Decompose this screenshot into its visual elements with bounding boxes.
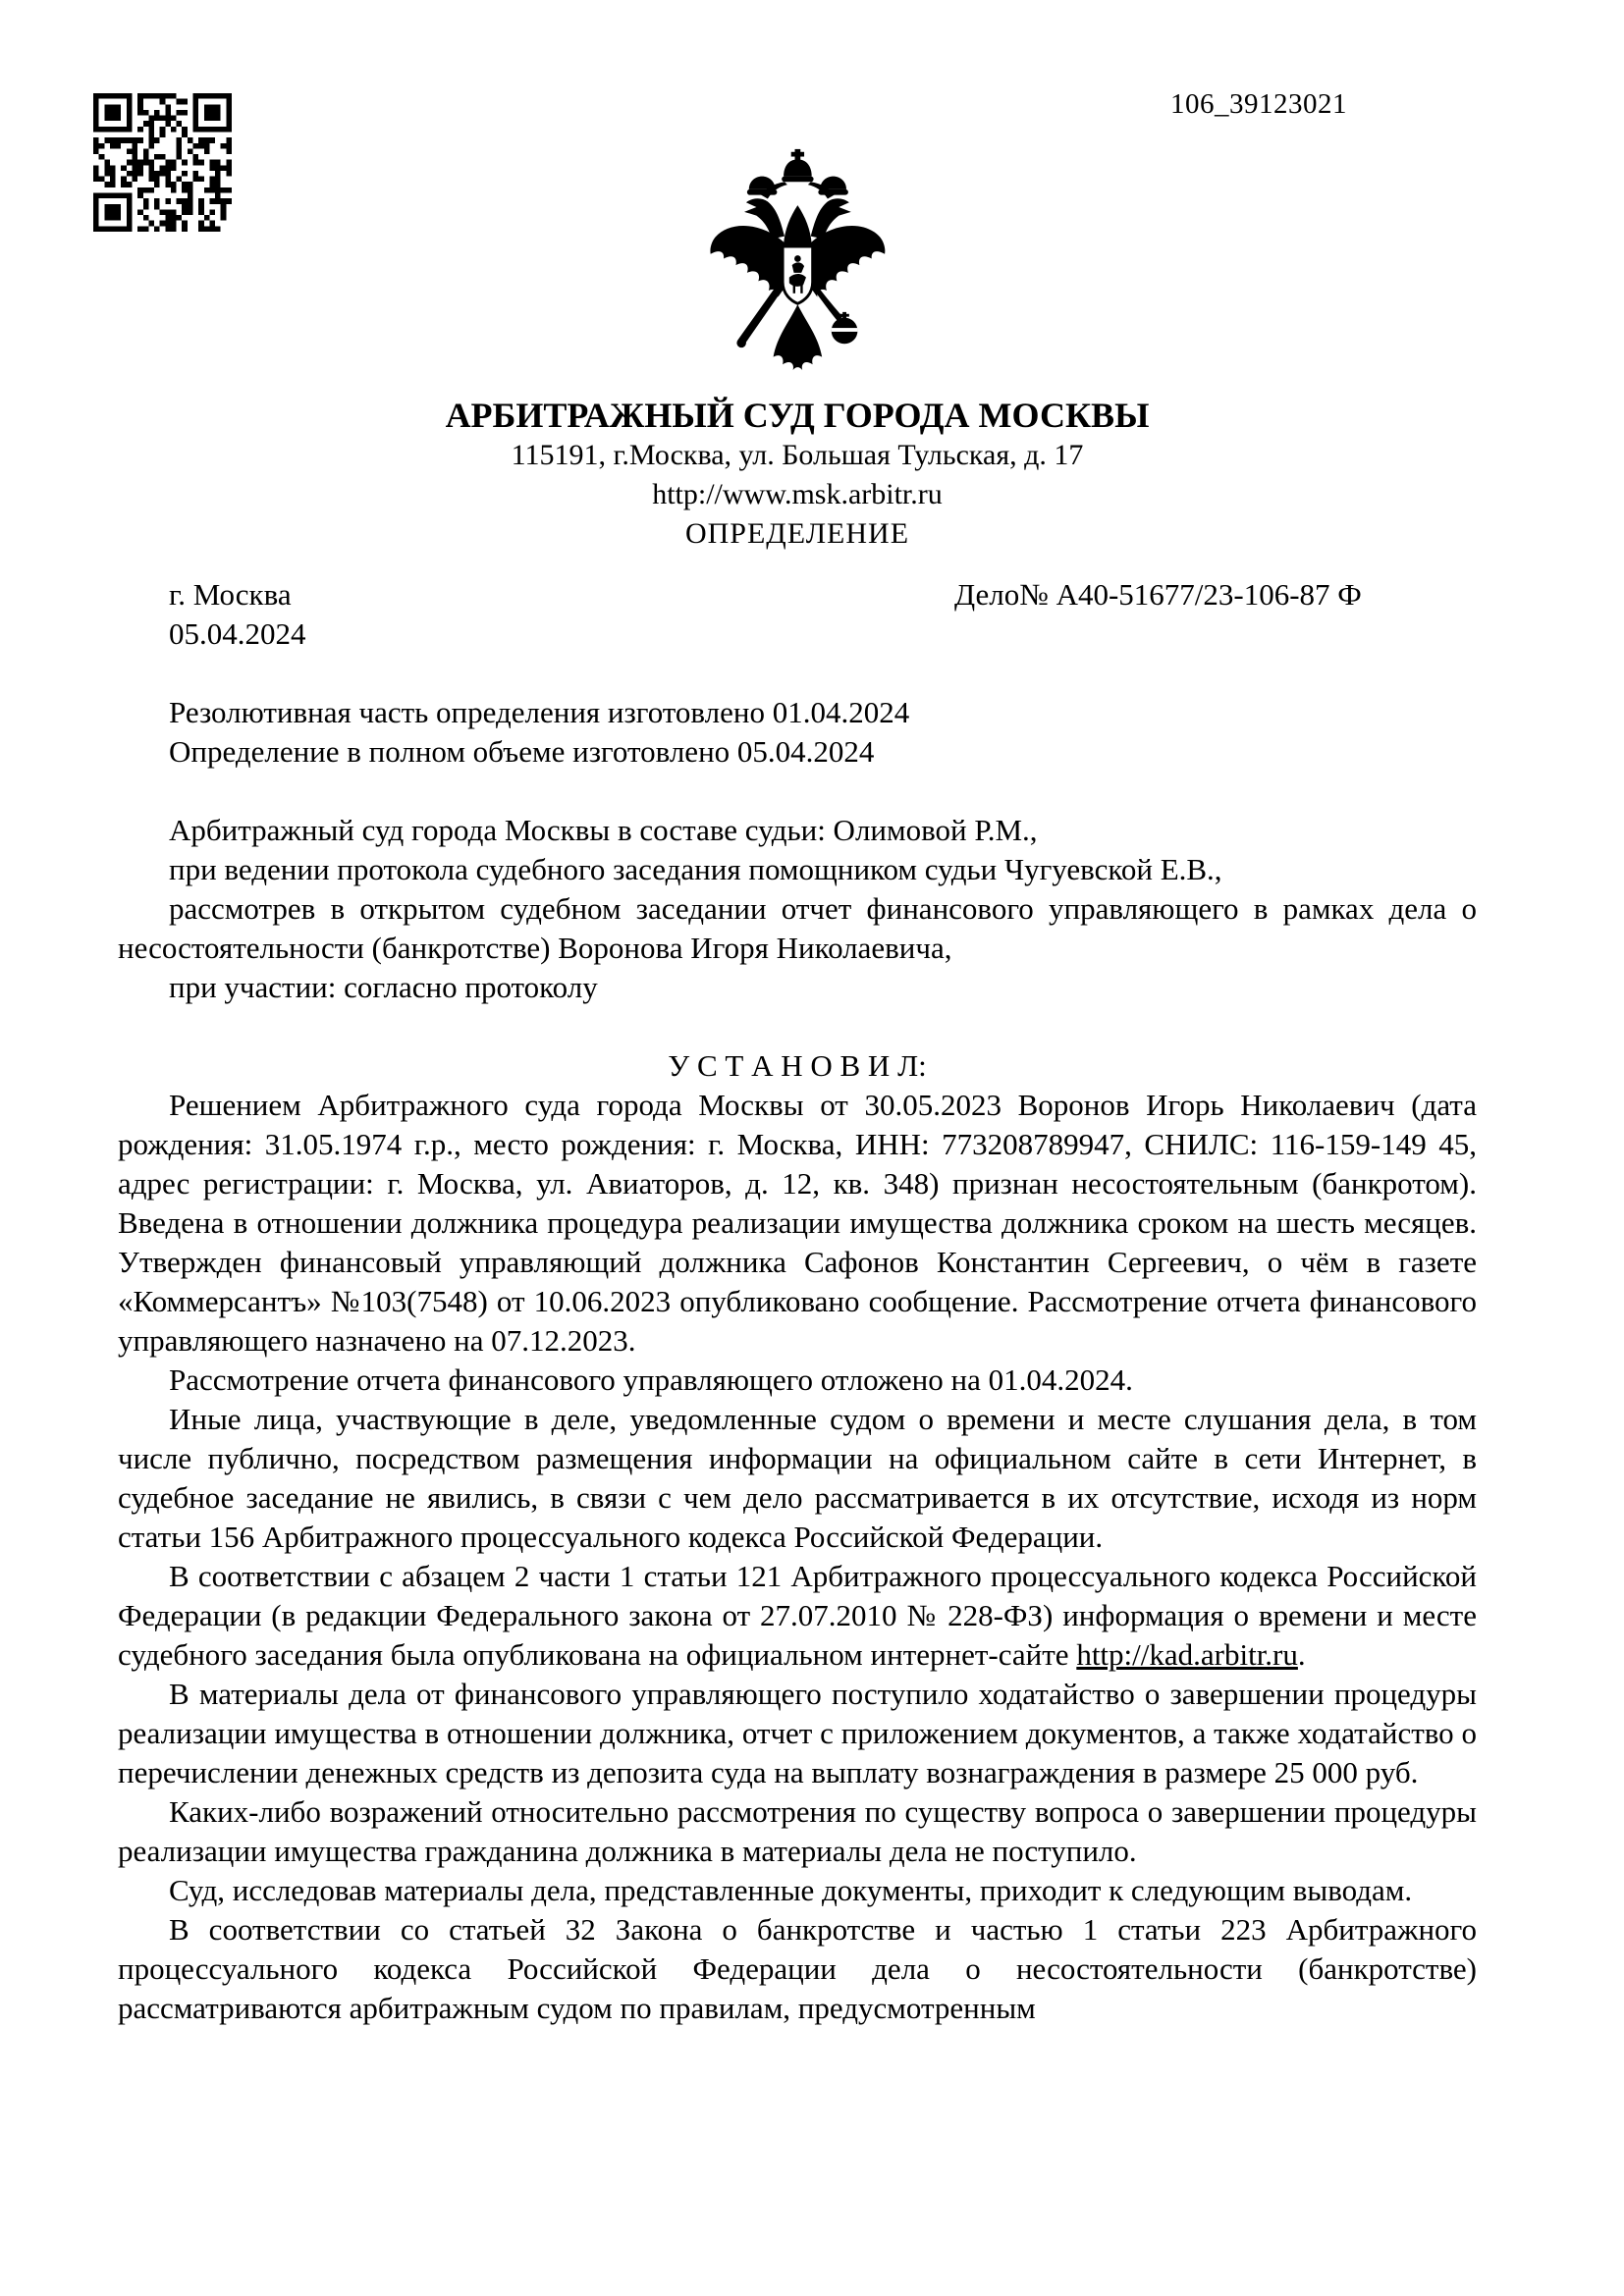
case-info-line: г. Москва Дело№ А40-51677/23-106-87 Ф	[118, 575, 1477, 614]
ruling-paragraph: Решением Арбитражного суда города Москвы…	[118, 1086, 1477, 1361]
spacer	[118, 1007, 1477, 1046]
court-address: 115191, г.Москва, ул. Большая Тульская, …	[118, 436, 1477, 475]
ruling-paragraph: Каких-либо возражений относительно рассм…	[118, 1792, 1477, 1871]
ruling-paragraph: Иные лица, участвующие в деле, уведомлен…	[118, 1400, 1477, 1557]
spacer	[118, 772, 1477, 811]
paragraph-hearing-subject: рассмотрев в открытом судебном заседании…	[118, 889, 1477, 968]
paragraph-judge: Арбитражный суд города Москвы в составе …	[118, 811, 1477, 850]
kad-arbitr-link[interactable]: http://kad.arbitr.ru	[1076, 1637, 1298, 1672]
paragraph-full-volume-date: Определение в полном объеме изготовлено …	[118, 732, 1477, 772]
document-type-title: ОПРЕДЕЛЕНИЕ	[118, 514, 1477, 554]
court-website: http://www.msk.arbitr.ru	[118, 475, 1477, 514]
paragraph-protocol: при ведении протокола судебного заседани…	[118, 850, 1477, 889]
coat-of-arms-icon	[118, 147, 1477, 395]
ruling-paragraph: Суд, исследовав материалы дела, представ…	[118, 1871, 1477, 1910]
city-label: г. Москва	[118, 577, 292, 612]
document-header: АРБИТРАЖНЫЙ СУД ГОРОДА МОСКВЫ 115191, г.…	[118, 147, 1477, 554]
document-page: 106_39123021	[0, 0, 1624, 2296]
document-id: 106_39123021	[1170, 88, 1347, 121]
ruling-paragraph: В соответствии со статьей 32 Закона о ба…	[118, 1910, 1477, 2028]
court-name: АРБИТРАЖНЫЙ СУД ГОРОДА МОСКВЫ	[118, 395, 1477, 436]
ruling-paragraph-text: .	[1298, 1637, 1306, 1672]
paragraph-resolution-date: Резолютивная часть определения изготовле…	[118, 693, 1477, 732]
case-number: Дело№ А40-51677/23-106-87 Ф	[954, 575, 1362, 614]
ruling-paragraph: В материалы дела от финансового управляю…	[118, 1675, 1477, 1792]
document-body: г. Москва Дело№ А40-51677/23-106-87 Ф 05…	[118, 575, 1477, 2028]
spacer	[118, 654, 1477, 693]
ruling-paragraph-with-link: В соответствии с абзацем 2 части 1 стать…	[118, 1557, 1477, 1675]
paragraph-participants: при участии: согласно протоколу	[118, 968, 1477, 1007]
ruling-heading: У С Т А Н О В И Л:	[118, 1046, 1477, 1086]
ruling-paragraph: Рассмотрение отчета финансового управляю…	[118, 1361, 1477, 1400]
document-date: 05.04.2024	[118, 614, 1477, 654]
